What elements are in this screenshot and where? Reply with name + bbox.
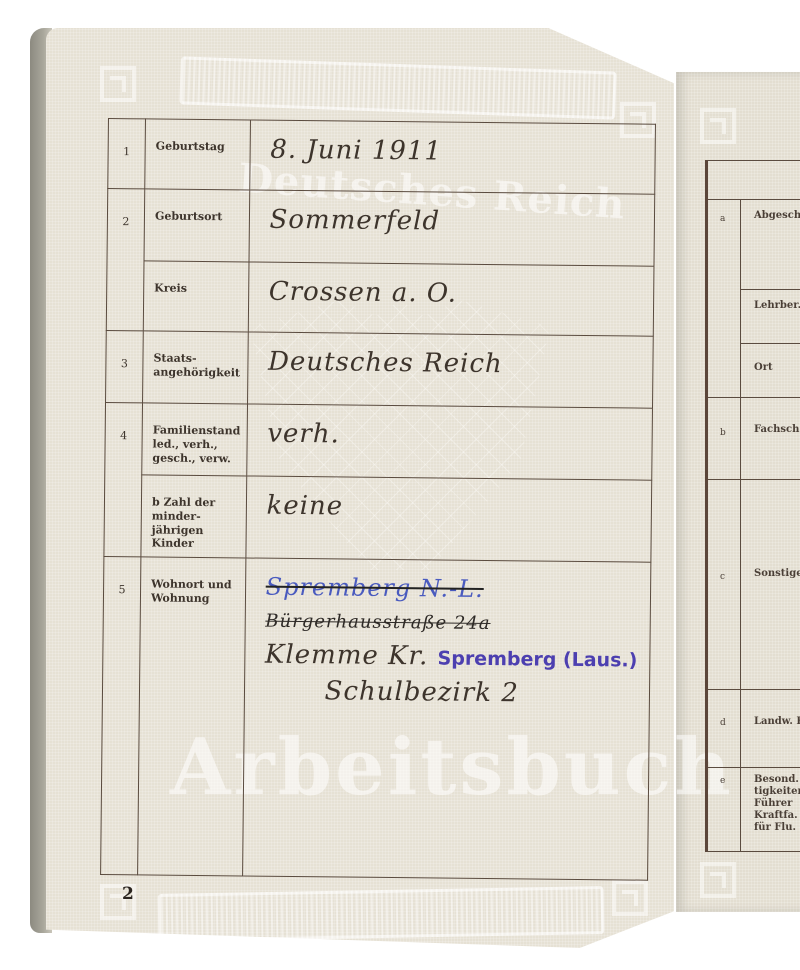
form-row-minor-children: b Zahl der minder-jährigen Kinder keine [104, 474, 652, 562]
personal-data-form: 1 Geburtstag 8. Juni 1911 2 Geburtsort S… [100, 118, 656, 881]
field-label: Geburtsort [144, 189, 249, 262]
field-label: Landw. Kenntn. [754, 716, 800, 728]
field-value-minor-children: keine [246, 476, 652, 562]
meander-ornament [700, 108, 736, 144]
row-number: 4 [104, 402, 143, 556]
row-number: 1 [108, 119, 146, 189]
field-label: Fachsch. bildung [754, 424, 800, 436]
field-label: b Zahl der minder-jährigen Kinder [141, 475, 246, 558]
field-label: Wohnort und Wohnung [138, 557, 246, 876]
right-form-row: e Besond. tigkeiten Führer Kraftfa. für … [708, 767, 800, 768]
residence-entry-struck: Bürgerhausstraße 24a [265, 611, 638, 636]
sub-letter: d [720, 718, 726, 728]
form-row-citizenship: 3 Staats-angehörigkeit Deutsches Reich [106, 330, 654, 408]
page-number: 2 [122, 884, 134, 904]
residence-handwritten: Klemme Kr. [265, 640, 429, 672]
field-value-citizenship: Deutsches Reich [247, 332, 653, 408]
field-label-text: Familienstand led., verh., gesch., verw. [152, 423, 240, 464]
row-number: 2 [106, 189, 144, 331]
right-form-row: b Fachsch. bildung [708, 397, 800, 398]
field-label: Abgesch. Lehre [754, 210, 800, 222]
residence-stamp: Spremberg (Laus.) [437, 647, 637, 671]
sub-letter: a [720, 214, 725, 224]
meander-ornament [700, 862, 736, 898]
field-value-marital-status: verh. [246, 404, 652, 480]
meander-ornament [612, 880, 648, 916]
form-row-marital-status: 4 Familienstand led., verh., gesch., ver… [105, 402, 653, 480]
right-form-row: Ort [740, 343, 800, 344]
field-label: Kreis [143, 261, 248, 332]
sub-letter: b [720, 428, 726, 438]
sub-letter: b [152, 495, 160, 508]
field-value-residence: Spremberg N.-L. Bürgerhausstraße 24a Kle… [242, 558, 651, 880]
field-label-text: Zahl der minder-jährigen Kinder [151, 496, 215, 551]
field-label: Familienstand led., verh., gesch., verw. [142, 403, 247, 476]
right-form-row: c Sonstige Fachaus. [708, 479, 800, 480]
field-label: Staats-angehörigkeit [143, 331, 248, 404]
form-row-district: Kreis Crossen a. O. [106, 260, 654, 336]
residence-entry-school-district: Schulbezirk 2 [264, 676, 637, 710]
field-label: Besond. tigkeiten Führer Kraftfa. für Fl… [754, 774, 800, 834]
sub-letter: e [720, 776, 725, 786]
form-row-birthdate: 1 Geburtstag 8. Juni 1911 [108, 119, 656, 195]
column-divider [740, 199, 741, 851]
field-value-district: Crossen a. O. [248, 262, 654, 336]
field-label: Geburtstag [145, 119, 250, 190]
right-form-row: Lehrber. (Art) [740, 289, 800, 290]
field-value-birthdate: 8. Juni 1911 [249, 120, 655, 194]
residence-entry-current: Klemme Kr. Spremberg (Laus.) [265, 640, 638, 674]
field-label: Sonstige Fachaus. [754, 568, 800, 580]
embossed-border-bottom [158, 886, 605, 942]
meander-ornament [100, 66, 136, 102]
right-page-form: a Abgesch. Lehre Lehrber. (Art) Ort b Fa… [705, 160, 800, 852]
field-value-birthplace: Sommerfeld [249, 190, 655, 266]
residence-entry-struck-blue: Spremberg N.-L. [266, 573, 639, 605]
field-label: Lehrber. (Art) [754, 300, 800, 312]
form-row-birthplace: 2 Geburtsort Sommerfeld [107, 189, 655, 267]
field-label: Ort [754, 362, 773, 374]
sub-letter: c [720, 572, 725, 582]
right-form-row: d Landw. Kenntn. [708, 689, 800, 690]
row-number: 3 [106, 330, 144, 402]
form-row-residence: 5 Wohnort und Wohnung Spremberg N.-L. Bü… [101, 556, 651, 880]
row-number: 5 [101, 556, 141, 874]
right-form-row: a Abgesch. Lehre [708, 199, 800, 200]
